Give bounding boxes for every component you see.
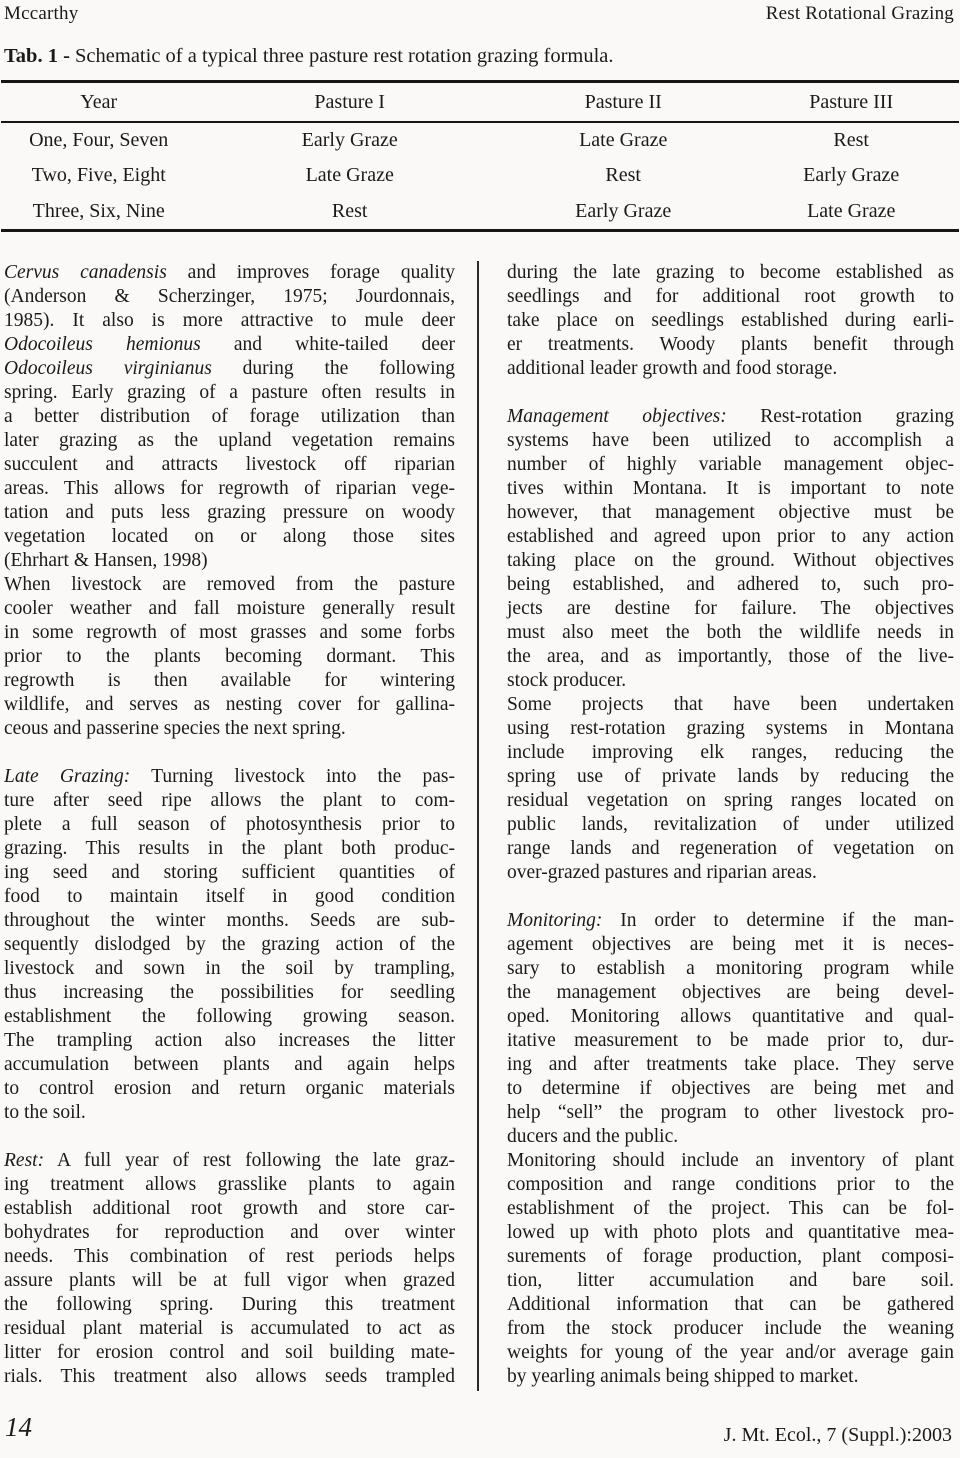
text-line: being established, and adhered to, such … [507,573,954,597]
body-column-left: Cervus canadensis and improves forage qu… [4,261,455,1391]
table-cell: Three, Six, Nine [1,200,196,223]
text-line: take place on seedlings established duri… [507,309,954,333]
table-cell: Early Graze [743,164,959,187]
running-head-author: Mccarthy [4,3,78,25]
text-line: rials. This treatment also allows seeds … [4,1365,455,1389]
text-line: spring. Early grazing of a pasture often… [4,381,455,405]
table-cell: Early Graze [503,200,743,223]
table-caption: Tab. 1 - Schematic of a typical three pa… [4,45,614,68]
text-line: during the late grazing to become establ… [507,261,954,285]
text-line: taking place on the ground. Without obje… [507,549,954,573]
table-header-row: YearPasture IPasture IIPasture III [1,83,959,123]
text-line: establish additional root growth and sto… [4,1197,455,1221]
text-line: tion, litter accumulation and bare soil. [507,1269,954,1293]
text-line: livestock and sown in the soil by trampl… [4,957,455,981]
table-cell: Late Graze [503,129,743,152]
text-line: seedlings and for additional root growth… [507,285,954,309]
text-line: must also meet the both the wildlife nee… [507,621,954,645]
text-line: a better distribution of forage utilizat… [4,405,455,429]
text-line: jects are destine for failure. The objec… [507,597,954,621]
text-line: using rest-rotation grazing systems in M… [507,717,954,741]
text-line: (Anderson & Scherzinger, 1975; Jourdonna… [4,285,455,309]
text-line: 1985). It also is more attractive to mul… [4,309,455,333]
text-line: to the soil. [4,1101,455,1125]
paragraph: Monitoring: In order to determine if the… [507,909,954,1149]
text-line: by yearling animals being shipped to mar… [507,1365,954,1389]
text-line: food to maintain itself in good conditio… [4,885,455,909]
text-line: vegetation located on or along those sit… [4,525,455,549]
paragraph: Rest: A full year of rest following the … [4,1149,455,1389]
text-line: ducers and the public. [507,1125,954,1149]
text-line: weights for young of the year and/or ave… [507,1341,954,1365]
table-row: Two, Five, EightLate GrazeRestEarly Graz… [1,158,959,193]
table-header-cell: Pasture II [503,91,743,114]
text-line: throughout the winter months. Seeds are … [4,909,455,933]
text-line: assure plants will be at full vigor when… [4,1269,455,1293]
text-line: the following spring. During this treatm… [4,1293,455,1317]
rotation-schedule-table: YearPasture IPasture IIPasture III One, … [1,80,959,232]
paragraph: during the late grazing to become establ… [507,261,954,381]
text-line: er treatments. Woody plants benefit thro… [507,333,954,357]
text-line: systems have been utilized to accomplish… [507,429,954,453]
paragraph: Late Grazing: Turning livestock into the… [4,765,455,1125]
text-line: Cervus canadensis and improves forage qu… [4,261,455,285]
text-line: established and agreed upon prior to any… [507,525,954,549]
two-column-body: Cervus canadensis and improves forage qu… [4,261,954,1391]
text-line: plete a full season of photosynthesis pr… [4,813,455,837]
text-line: later grazing as the upland vegetation r… [4,429,455,453]
text-line: The trampling action also increases the … [4,1029,455,1053]
text-line: stock producer. [507,669,954,693]
table-body: One, Four, SevenEarly GrazeLate GrazeRes… [1,123,959,229]
text-line: tation and puts less grazing pressure on… [4,501,455,525]
text-line: bohydrates for reproduction and over win… [4,1221,455,1245]
table-header-cell: Year [1,91,196,114]
table-caption-text: Schematic of a typical three pasture res… [70,45,614,67]
text-line: the management objectives are being deve… [507,981,954,1005]
text-line: ceous and passerine species the next spr… [4,717,455,741]
text-line: ing and after treatments take place. The… [507,1053,954,1077]
text-line: establishment of the project. This can b… [507,1197,954,1221]
text-line: cooler weather and fall moisture general… [4,597,455,621]
text-line: include improving elk ranges, reducing t… [507,741,954,765]
text-line: ture after seed ripe allows the plant to… [4,789,455,813]
paragraph: When livestock are removed from the past… [4,573,455,741]
text-line: the area, and as importantly, those of t… [507,645,954,669]
text-line: help “sell” the program to other livesto… [507,1101,954,1125]
text-line: residual vegetation on spring ranges loc… [507,789,954,813]
text-line: lowed up with photo plots and quantitati… [507,1221,954,1245]
text-line: Late Grazing: Turning livestock into the… [4,765,455,789]
text-line: thus increasing the possibilities for se… [4,981,455,1005]
text-line: agement objectives are being met it is n… [507,933,954,957]
paragraph: Cervus canadensis and improves forage qu… [4,261,455,573]
journal-citation: J. Mt. Ecol., 7 (Suppl.):2003 [724,1424,952,1447]
table-header-cell: Pasture I [196,91,503,114]
text-line: prior to the plants becoming dormant. Th… [4,645,455,669]
text-line: Some projects that have been undertaken [507,693,954,717]
text-line: establishment the following growing seas… [4,1005,455,1029]
text-line: sequently dislodged by the grazing actio… [4,933,455,957]
table-cell: One, Four, Seven [1,129,196,152]
text-line: from the stock producer include the wean… [507,1317,954,1341]
table-cell: Rest [196,200,503,223]
column-divider-rule [477,261,479,1391]
text-line: number of highly variable management obj… [507,453,954,477]
text-line: over-grazed pastures and riparian areas. [507,861,954,885]
text-line: wildlife, and serves as nesting cover fo… [4,693,455,717]
table-header-cell: Pasture III [743,91,959,114]
text-line: ing seed and storing sufficient quantiti… [4,861,455,885]
text-line: range lands and regeneration of vegetati… [507,837,954,861]
text-line: areas. This allows for regrowth of ripar… [4,477,455,501]
table-cell: Two, Five, Eight [1,164,196,187]
text-line: Monitoring: In order to determine if the… [507,909,954,933]
text-line: grazing. This results in the plant both … [4,837,455,861]
text-line: residual plant material is accumulated t… [4,1317,455,1341]
text-line: composition and range conditions prior t… [507,1173,954,1197]
text-line: spring use of private lands by reducing … [507,765,954,789]
text-line: Odocoileus hemionus and white-tailed dee… [4,333,455,357]
text-line: Odocoileus virginianus during the follow… [4,357,455,381]
body-column-right: during the late grazing to become establ… [507,261,954,1391]
text-line: Management objectives: Rest-rotation gra… [507,405,954,429]
text-line: however, that management objective must … [507,501,954,525]
text-line: regrowth is then available for wintering [4,669,455,693]
text-line: succulent and attracts livestock off rip… [4,453,455,477]
paragraph: Monitoring should include an inventory o… [507,1149,954,1389]
text-line: accumulation between plants and again he… [4,1053,455,1077]
table-caption-label: Tab. 1 - [4,45,70,67]
text-line: Monitoring should include an inventory o… [507,1149,954,1173]
table-cell: Early Graze [196,129,503,152]
text-line: (Ehrhart & Hansen, 1998) [4,549,455,573]
text-line: When livestock are removed from the past… [4,573,455,597]
text-line: tives within Montana. It is important to… [507,477,954,501]
text-line: to control erosion and return organic ma… [4,1077,455,1101]
table-cell: Rest [503,164,743,187]
table-row: One, Four, SevenEarly GrazeLate GrazeRes… [1,123,959,158]
text-line: litter for erosion control and soil buil… [4,1341,455,1365]
running-head-title: Rest Rotational Grazing [766,3,954,25]
text-line: needs. This combination of rest periods … [4,1245,455,1269]
paragraph: Management objectives: Rest-rotation gra… [507,405,954,693]
text-line: Additional information that can be gathe… [507,1293,954,1317]
text-line: public lands, revitalization of under ut… [507,813,954,837]
journal-page: Mccarthy Rest Rotational Grazing Tab. 1 … [0,0,960,1458]
text-line: sary to establish a monitoring program w… [507,957,954,981]
text-line: itative measurement to be made prior to,… [507,1029,954,1053]
text-line: to determine if objectives are being met… [507,1077,954,1101]
table-cell: Rest [743,129,959,152]
text-line: surements of forage production, plant co… [507,1245,954,1269]
table-cell: Late Graze [196,164,503,187]
table-row: Three, Six, NineRestEarly GrazeLate Graz… [1,194,959,229]
page-number: 14 [5,1412,32,1443]
text-line: oped. Monitoring allows quantitative and… [507,1005,954,1029]
text-line: in some regrowth of most grasses and som… [4,621,455,645]
table-cell: Late Graze [743,200,959,223]
text-line: Rest: A full year of rest following the … [4,1149,455,1173]
paragraph: Some projects that have been undertakenu… [507,693,954,885]
text-line: ing treatment allows grasslike plants to… [4,1173,455,1197]
text-line: additional leader growth and food storag… [507,357,954,381]
